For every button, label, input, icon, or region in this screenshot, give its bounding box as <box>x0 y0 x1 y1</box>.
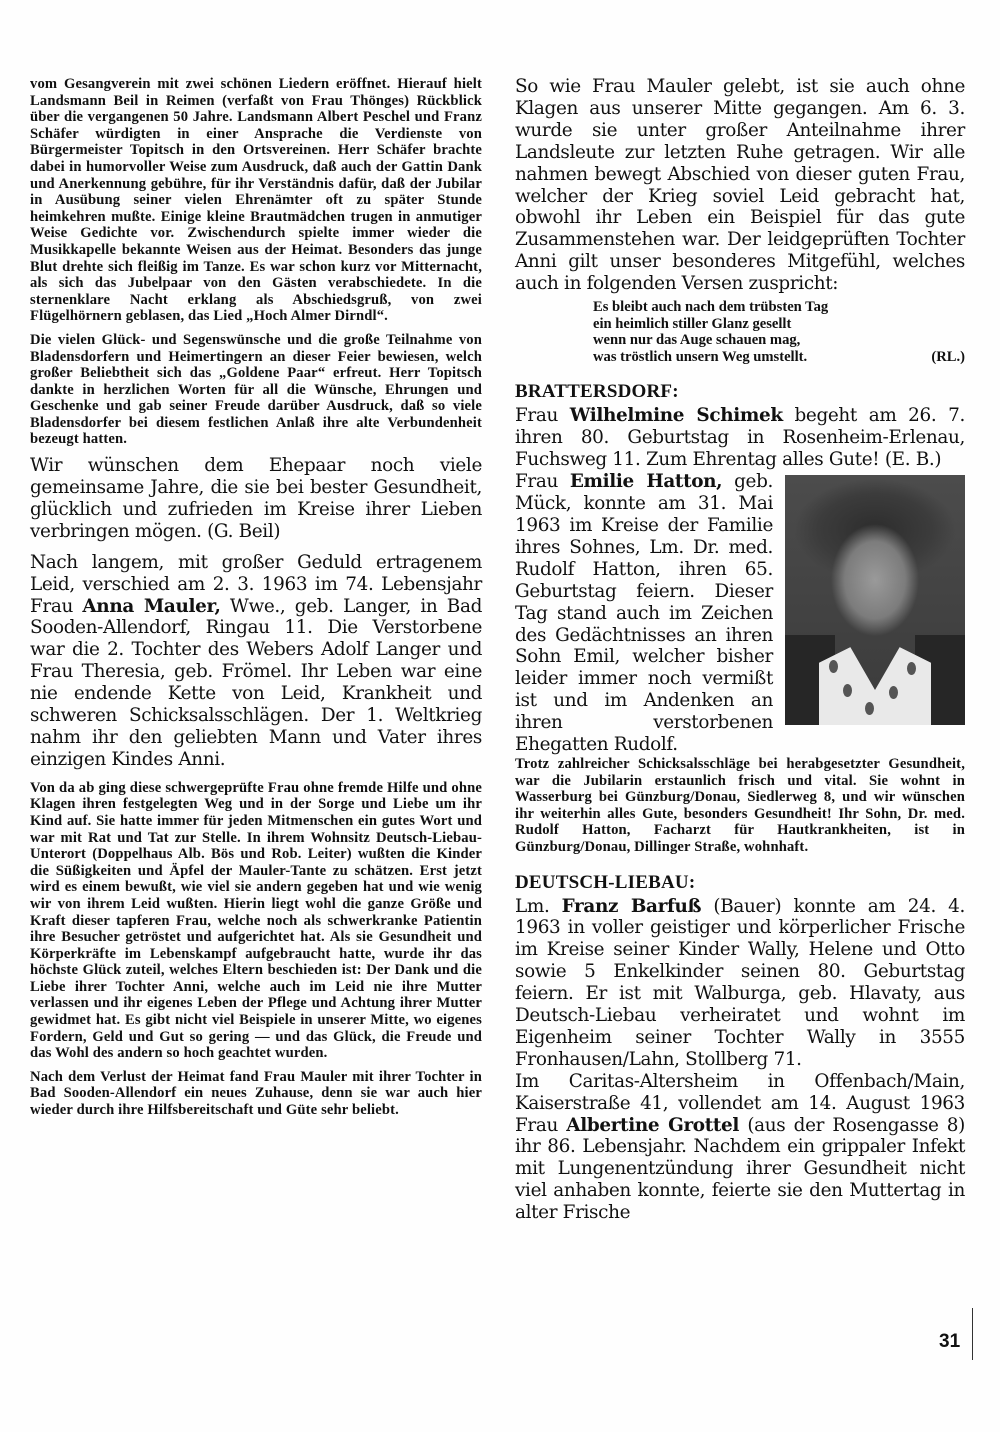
paragraph-wishes: Wir wünschen dem Ehepaar noch viele geme… <box>30 455 482 543</box>
hatton-name: Emilie Hatton, <box>570 471 722 492</box>
barfuss-rest: (Bauer) konnte am 24. 4. 1963 in voller … <box>515 896 965 1070</box>
poem-line: wenn nur das Auge schauen mag, <box>593 332 965 349</box>
paragraph-mauler-life: Von da ab ging diese schwergeprüfte Frau… <box>30 780 482 1062</box>
poem-line: Es bleibt auch nach dem trübsten Tag <box>593 299 965 316</box>
photo-collar <box>819 647 931 725</box>
paragraph-jubilee-celebration: vom Gesangverein mit zwei schönen Lieder… <box>30 76 482 325</box>
paragraph-mauler-farewell: So wie Frau Mauler gelebt, ist sie auch … <box>515 76 965 295</box>
paragraph-obituary-anna-mauler: Nach langem, mit großer Geduld ertragene… <box>30 552 482 771</box>
barfuss-name: Franz Barfuß <box>562 896 702 917</box>
poem-signature: (RL.) <box>931 349 965 366</box>
paragraph-hatton-details: Trotz zahlreicher Schicksalsschläge bei … <box>515 756 965 856</box>
paragraph-congratulations: Die vielen Glück- und Segenswünsche und … <box>30 332 482 448</box>
page-number: 31 <box>939 1331 960 1353</box>
section-heading-brattersdorf: BRATTERSDORF: <box>515 381 965 403</box>
newsletter-page: vom Gesangverein mit zwei schönen Lieder… <box>0 0 1000 1432</box>
obituary-name: Anna Mauler, <box>82 596 220 617</box>
paragraph-grottel-birthday: Im Caritas-Altersheim in Offenbach/Main,… <box>515 1071 965 1224</box>
grottel-name: Albertine Grottel <box>566 1115 739 1136</box>
hatton-entry: Frau Emilie Hatton, geb. Mück, konnte am… <box>515 471 965 756</box>
poem-line: ein heimlich stiller Glanz gesellt <box>593 316 965 333</box>
schimek-name: Wilhelmine Schimek <box>570 405 783 426</box>
paragraph-schimek-birthday: Frau Wilhelmine Schimek begeht am 26. 7.… <box>515 405 965 471</box>
left-column: vom Gesangverein mit zwei schönen Lieder… <box>30 76 482 1119</box>
paragraph-barfuss-birthday: Lm. Franz Barfuß (Bauer) konnte am 24. 4… <box>515 896 965 1071</box>
obituary-rest: Wwe., geb. Langer, in Bad Sooden-Allendo… <box>30 596 482 770</box>
page-edge-rule <box>972 1308 973 1360</box>
hatton-prefix: Frau <box>515 471 570 492</box>
schimek-prefix: Frau <box>515 405 570 426</box>
barfuss-prefix: Lm. <box>515 896 562 917</box>
memorial-poem: Es bleibt auch nach dem trübsten Tag ein… <box>593 299 965 365</box>
hatton-rest: geb. Mück, konnte am 31. Mai 1963 im Kre… <box>515 471 773 755</box>
paragraph-mauler-new-home: Nach dem Verlust der Heimat fand Frau Ma… <box>30 1069 482 1119</box>
right-column: So wie Frau Mauler gelebt, ist sie auch … <box>515 76 965 1224</box>
poem-line: was tröstlich unsern Weg umstellt. <box>593 349 965 366</box>
portrait-photo-emilie-hatton <box>785 475 965 725</box>
section-heading-deutsch-liebau: DEUTSCH-LIEBAU: <box>515 872 965 894</box>
